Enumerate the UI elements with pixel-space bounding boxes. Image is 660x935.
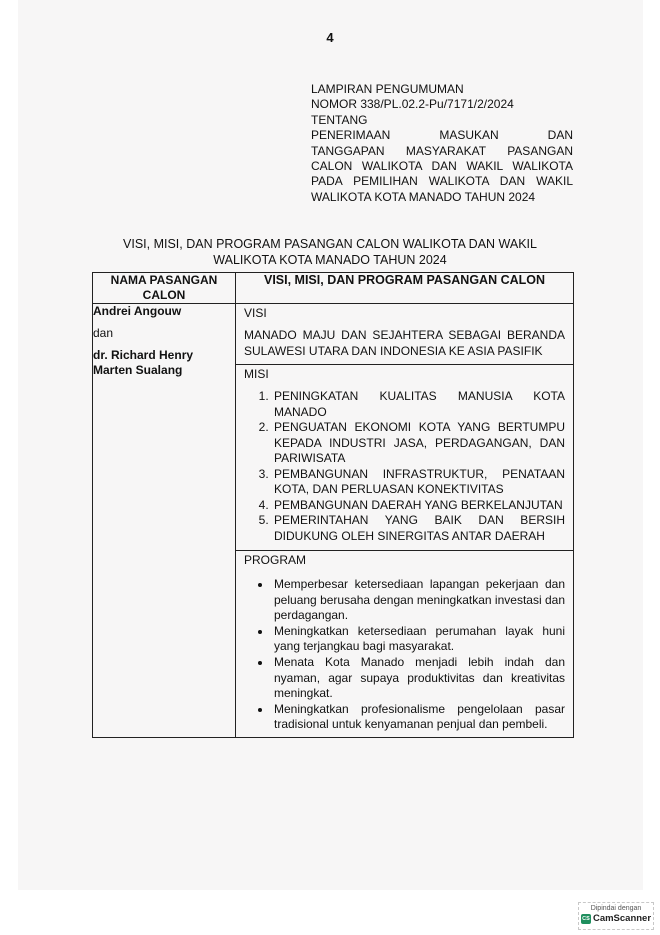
program-item: Menata Kota Manado menjadi lebih indah d… (272, 655, 565, 702)
program-heading: PROGRAM (236, 551, 573, 567)
misi-item: PENGUATAN EKONOMI KOTA YANG BERTUMPU KEP… (272, 420, 565, 467)
program-item: Meningkatkan profesionalisme pengelolaan… (272, 702, 565, 733)
misi-item: PEMBANGUNAN INFRASTRUKTUR, PENATAAN KOTA… (272, 467, 565, 498)
watermark-brand: CS CamScanner (579, 913, 653, 924)
attachment-header: LAMPIRAN PENGUMUMAN NOMOR 338/PL.02.2-Pu… (311, 82, 573, 205)
program-item: Memperbesar ketersediaan lapangan pekerj… (272, 577, 565, 624)
attachment-subject-line: PADA PEMILIHAN WALIKOTA DAN WAKIL (311, 174, 573, 189)
candidate-mayor-name: Andrei Angouw (93, 304, 235, 318)
candidate-names-cell: Andrei Angouw dan dr. Richard Henry Mart… (93, 304, 236, 738)
watermark-brand-name: CamScanner (593, 913, 651, 924)
misi-item: PEMERINTAHAN YANG BAIK DAN BERSIH DIDUKU… (272, 513, 565, 544)
misi-list: PENINGKATAN KUALITAS MANUSIA KOTA MANADO… (236, 389, 573, 544)
misi-cell: MISI PENINGKATAN KUALITAS MANUSIA KOTA M… (236, 365, 574, 551)
table-header-row: NAMA PASANGAN CALON VISI, MISI, DAN PROG… (93, 273, 574, 304)
visi-cell: VISI MANADO MAJU DAN SEJAHTERA SEBAGAI B… (236, 304, 574, 365)
camscanner-watermark: Dipindai dengan CS CamScanner (578, 902, 654, 930)
attachment-number: NOMOR 338/PL.02.2-Pu/7171/2/2024 (311, 97, 573, 112)
attachment-subject-line: WALIKOTA KOTA MANADO TAHUN 2024 (311, 190, 573, 205)
attachment-tentang: TENTANG (311, 113, 573, 128)
watermark-label: Dipindai dengan (579, 905, 653, 912)
misi-item: PEMBANGUNAN DAERAH YANG BERKELANJUTAN (272, 498, 565, 514)
camscanner-logo-icon: CS (581, 914, 591, 924)
header-vision-mission-program: VISI, MISI, DAN PROGRAM PASANGAN CALON (236, 273, 574, 304)
program-cell: PROGRAM Memperbesar ketersediaan lapanga… (236, 551, 574, 738)
attachment-label: LAMPIRAN PENGUMUMAN (311, 82, 573, 97)
table-row-visi: Andrei Angouw dan dr. Richard Henry Mart… (93, 304, 574, 365)
header-candidate-name: NAMA PASANGAN CALON (93, 273, 236, 304)
candidate-vice-mayor-name: dr. Richard Henry Marten Sualang (93, 348, 235, 378)
document-title-line: WALIKOTA KOTA MANADO TAHUN 2024 (60, 252, 600, 268)
misi-item: PENINGKATAN KUALITAS MANUSIA KOTA MANADO (272, 389, 565, 420)
document-title-line: VISI, MISI, DAN PROGRAM PASANGAN CALON W… (60, 236, 600, 252)
program-item: Meningkatkan ketersediaan perumahan laya… (272, 624, 565, 655)
candidate-conjunction: dan (93, 326, 235, 340)
visi-text: MANADO MAJU DAN SEJAHTERA SEBAGAI BERAND… (236, 320, 573, 364)
attachment-subject-line: CALON WALIKOTA DAN WAKIL WALIKOTA (311, 159, 573, 174)
misi-heading: MISI (236, 365, 573, 381)
attachment-subject-line: PENERIMAAN MASUKAN DAN (311, 128, 573, 143)
program-list: Memperbesar ketersediaan lapangan pekerj… (236, 577, 573, 733)
candidate-program-table: NAMA PASANGAN CALON VISI, MISI, DAN PROG… (92, 272, 574, 738)
page-number: 4 (0, 30, 660, 45)
visi-heading: VISI (236, 304, 573, 320)
attachment-subject-line: TANGGAPAN MASYARAKAT PASANGAN (311, 144, 573, 159)
document-title: VISI, MISI, DAN PROGRAM PASANGAN CALON W… (60, 236, 600, 268)
